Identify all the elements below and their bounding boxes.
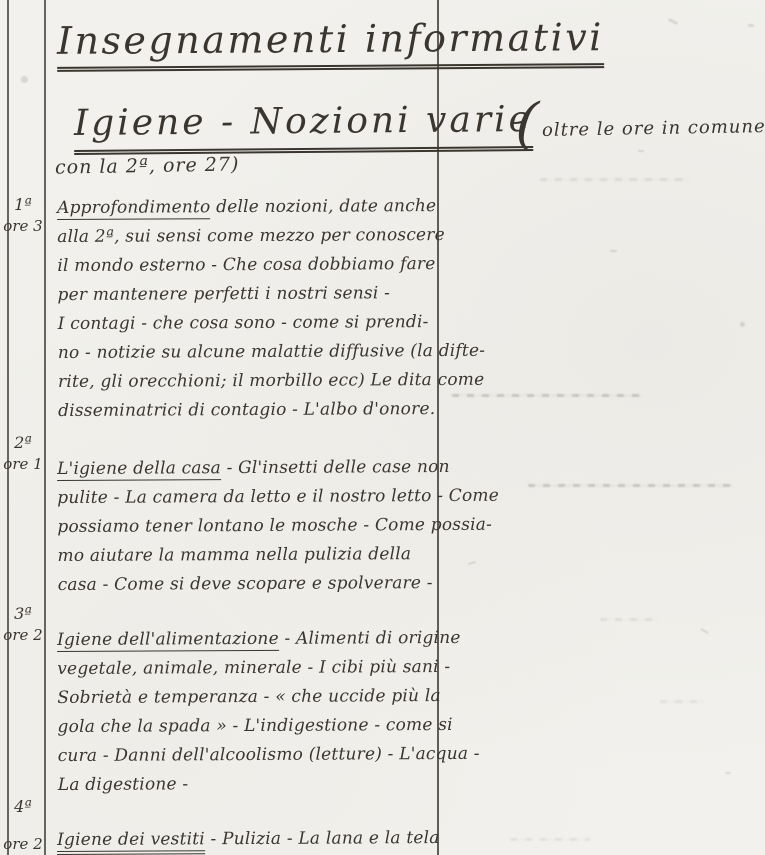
section-number: 2ª <box>0 432 46 454</box>
section-number: 1ª <box>0 194 46 216</box>
bleed-streak <box>528 484 733 487</box>
underlined-topic: Igiene dei vestiti <box>57 829 205 855</box>
section-number: 3ª <box>0 603 46 625</box>
text-line: casa - Come si deve scopare e spolverare… <box>58 569 453 600</box>
left-edge-rule <box>7 0 9 855</box>
text-line: disseminatrici di contagio - L'albo d'on… <box>58 395 453 426</box>
bleed-streak <box>510 838 590 841</box>
line-rest: - Gl'insetti delle case non <box>221 457 450 478</box>
margin-column-rule <box>44 0 46 855</box>
text-line: alla 2ª, sui sensi come mezzo per conosc… <box>57 221 452 252</box>
text-line: il mondo esterno - Che cosa dobbiamo far… <box>57 250 452 281</box>
text-line: pulite - La camera da letto e il nostro … <box>57 482 452 513</box>
text-line: Approfondimento delle nozioni, date anch… <box>57 192 452 223</box>
text-line: per mantenere perfetti i nostri sensi - <box>57 279 452 310</box>
section-hours: ore 2 <box>0 834 46 854</box>
text-line: cura - Danni dell'alcoolismo (letture) -… <box>58 740 453 771</box>
bleed-streak <box>660 700 705 703</box>
margin-label: 3ª ore 2 <box>0 603 46 645</box>
subtitle-note: oltre le ore in comune <box>542 116 765 141</box>
text-line: Igiene dei vestiti - Pulizia - La lana e… <box>57 824 452 855</box>
bleed-mark <box>748 24 754 27</box>
text-line: Igiene dell'alimentazione - Alimenti di … <box>57 624 452 655</box>
bleed-mark <box>21 76 28 83</box>
scanned-register-page: Insegnamenti informativi Igiene - Nozion… <box>0 0 765 855</box>
page-title: Insegnamenti informativi <box>57 14 604 72</box>
bleed-streak <box>600 618 660 621</box>
text-line: Sobrietà e temperanza - « che uccide più… <box>57 682 452 713</box>
text-line: mo aiutare la mamma nella pulizia della <box>57 540 452 571</box>
line-rest: - Alimenti di origine <box>279 628 461 649</box>
parenthesis-mark: ( <box>514 93 540 154</box>
text-line: L'igiene della casa - Gl'insetti delle c… <box>57 453 452 484</box>
bleed-mark <box>468 561 476 565</box>
text-line: vegetale, animale, minerale - I cibi più… <box>57 653 452 684</box>
text-line: rite, gli orecchioni; il morbillo ecc) L… <box>58 366 453 397</box>
subtitle-note-continuation: con la 2ª, ore 27) <box>55 153 240 178</box>
bleed-mark <box>700 628 709 634</box>
bleed-mark <box>725 772 731 774</box>
text-line: La digestione - <box>58 769 453 800</box>
section-text: Approfondimento delle nozioni, date anch… <box>57 192 453 426</box>
bleed-streak <box>452 394 642 397</box>
section-text: Igiene dell'alimentazione - Alimenti di … <box>57 624 453 800</box>
section-hours: ore 1 <box>0 454 46 474</box>
text-line: possiamo tener lontano le mosche - Come … <box>57 511 452 542</box>
underlined-topic: Approfondimento <box>57 197 211 220</box>
section-hours: ore 2 <box>0 625 46 645</box>
line-rest: - Pulizia - La lana e la tela <box>205 828 440 849</box>
section-text: Igiene dei vestiti - Pulizia - La lana e… <box>57 824 452 855</box>
margin-label: 2ª ore 1 <box>0 432 46 474</box>
text-line: gola che la spada » - L'indigestione - c… <box>57 711 452 742</box>
subject-heading: Igiene - Nozioni varie <box>74 98 533 155</box>
bleed-mark <box>638 150 644 152</box>
bleed-mark <box>740 322 745 327</box>
section-hours: ore 3 <box>0 216 46 236</box>
text-line: I contagi - che cosa sono - come si pren… <box>58 308 453 339</box>
section-text: L'igiene della casa - Gl'insetti delle c… <box>57 453 453 600</box>
bleed-mark <box>610 250 617 252</box>
section-number: 4ª <box>0 796 46 818</box>
margin-label: 4ª ore 2 <box>0 796 46 854</box>
bleed-mark <box>668 18 678 25</box>
underlined-topic: L'igiene della casa <box>57 458 221 481</box>
text-line: no - notizie su alcune malattie diffusiv… <box>58 337 453 368</box>
bleed-streak <box>540 178 690 181</box>
underlined-topic: Igiene dell'alimentazione <box>57 629 279 652</box>
margin-label: 1ª ore 3 <box>0 194 46 236</box>
line-rest: delle nozioni, date anche <box>210 196 436 217</box>
